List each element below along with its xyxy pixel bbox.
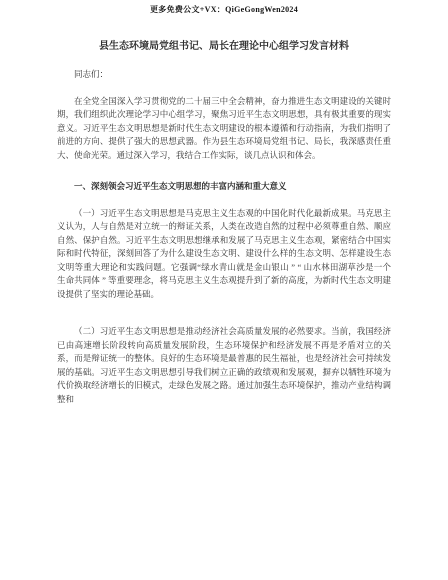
point-2-paragraph: （二）习近平生态文明思想是推动经济社会高质量发展的必然要求。当前，我国经济已由高…	[57, 325, 391, 406]
point-2-lead: （二）习近平生态文明思想是推动经济社会高质量发展的必然要求。	[74, 326, 331, 336]
point-1-lead: （一）习近平生态文明思想是马克思主义生态观的中国化时代化最新成果。	[74, 208, 357, 218]
intro-paragraph: 在全党全国深入学习贯彻党的二十届三中全会精神，奋力推进生态文明建设的关键时期，我…	[57, 95, 391, 163]
document-title: 县生态环境局党组书记、局长在理论中心组学习发言材料	[57, 40, 391, 53]
salutation: 同志们：	[57, 68, 391, 82]
promo-header-text: 更多免费公文+VX：QiGeGongWen2024	[150, 5, 298, 14]
point-1-paragraph: （一）习近平生态文明思想是马克思主义生态观的中国化时代化最新成果。马克思主义认为…	[57, 207, 391, 302]
section-1-heading: 一、深刻领会习近平生态文明思想的丰富内涵和重大意义	[57, 180, 391, 194]
document-body: 县生态环境局党组书记、局长在理论中心组学习发言材料 同志们： 在全党全国深入学习…	[57, 40, 391, 420]
document-page: 更多免费公文+VX：QiGeGongWen2024 县生态环境局党组书记、局长在…	[0, 0, 448, 580]
point-2-body: 当前，我国经济已由高速增长阶段转向高质量发展阶段，生态环境保护和经济发展不再是矛…	[57, 326, 391, 404]
point-1-body: 马克思主义认为，人与自然是对立统一的辩证关系，人类在改造自然的过程中必须尊重自然…	[57, 208, 391, 299]
promo-header: 更多免费公文+VX：QiGeGongWen2024	[0, 4, 448, 15]
